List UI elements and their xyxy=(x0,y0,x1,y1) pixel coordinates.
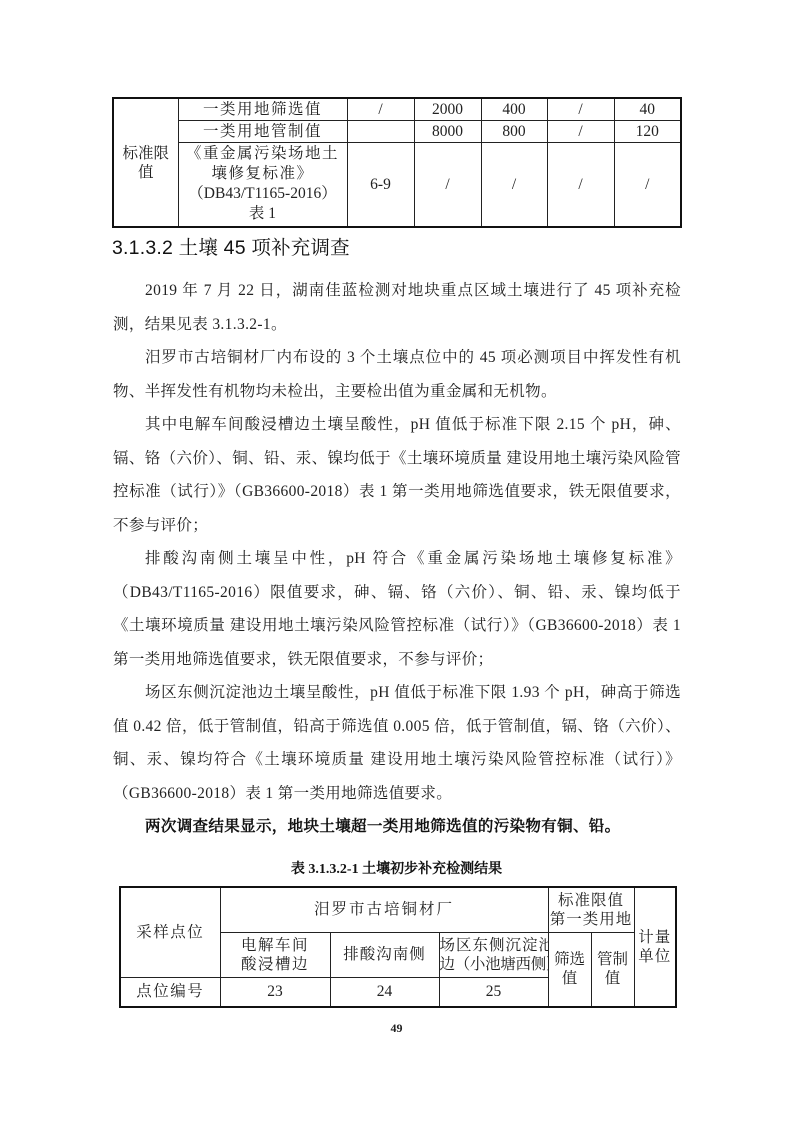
row-label: 一类用地筛选值 xyxy=(178,98,347,120)
conclusion-paragraph: 两次调查结果显示，地块土壤超一类用地筛选值的污染物有铜、铅。 xyxy=(113,810,681,844)
header-line: 单位 xyxy=(635,947,676,966)
row-label-standard: 《重金属污染场地土 壤修复标准》 （DB43/T1165-2016） 表 1 xyxy=(178,142,347,227)
point-name-line: 边（小池塘西侧） xyxy=(440,955,548,974)
label-line: 壤修复标准》 xyxy=(179,164,347,184)
control-value-header: 管制 值 xyxy=(591,932,634,1007)
header-line: 计量 xyxy=(635,928,676,947)
table-caption: 表 3.1.3.2-1 土壤初步补充检测结果 xyxy=(0,858,793,878)
point-name: 排酸沟南侧 xyxy=(330,932,439,977)
point-name-line: 场区东侧沉淀池 xyxy=(440,936,548,955)
section-heading: 3.1.3.2 土壤 45 项补充调查 xyxy=(112,232,350,260)
header-line: 第一类用地 xyxy=(549,910,634,929)
point-id: 24 xyxy=(330,977,439,1007)
cell: 8000 xyxy=(414,120,481,142)
table-row: 《重金属污染场地土 壤修复标准》 （DB43/T1165-2016） 表 1 6… xyxy=(113,142,681,227)
point-id: 25 xyxy=(439,977,548,1007)
standard-limits-table: 标准限值 一类用地筛选值 / 2000 400 / 40 一类用地管制值 800… xyxy=(112,97,682,228)
cell: 40 xyxy=(614,98,681,120)
header-line: 筛选 xyxy=(549,950,591,969)
point-name: 场区东侧沉淀池 边（小池塘西侧） xyxy=(439,932,548,977)
header-line: 管制 xyxy=(592,950,634,969)
paragraph: 场区东侧沉淀池边土壤呈酸性，pH 值低于标准下限 1.93 个 pH，砷高于筛选… xyxy=(113,676,681,810)
page-number: 49 xyxy=(0,1021,793,1036)
point-name-line: 酸浸槽边 xyxy=(221,955,330,974)
label-line: （DB43/T1165-2016） xyxy=(179,184,347,204)
point-name-line: 排酸沟南侧 xyxy=(331,945,439,964)
table-row: 标准限值 一类用地筛选值 / 2000 400 / 40 xyxy=(113,98,681,120)
paragraph: 其中电解车间酸浸槽边土壤呈酸性，pH 值低于标准下限 2.15 个 pH，砷、镉… xyxy=(113,408,681,542)
cell: / xyxy=(547,142,614,227)
standard-limit-header: 标准限值 第一类用地 xyxy=(548,887,634,932)
paragraph: 2019 年 7 月 22 日，湖南佳蓝检测对地块重点区域土壤进行了 45 项补… xyxy=(113,274,681,341)
cell: 2000 xyxy=(414,98,481,120)
label-line: 表 1 xyxy=(179,204,347,224)
cell xyxy=(347,120,414,142)
point-name: 电解车间 酸浸槽边 xyxy=(220,932,330,977)
label-line: 《重金属污染场地土 xyxy=(179,144,347,164)
row-label: 一类用地管制值 xyxy=(178,120,347,142)
cell: / xyxy=(481,142,547,227)
point-id: 23 xyxy=(220,977,330,1007)
row-header-standard-limits: 标准限值 xyxy=(113,98,178,227)
point-id-label: 点位编号 xyxy=(120,977,220,1007)
table-row: 采样点位 汨罗市古培铜材厂 标准限值 第一类用地 计量 单位 xyxy=(120,887,676,932)
cell: 800 xyxy=(481,120,547,142)
sampling-point-header: 采样点位 xyxy=(120,887,220,977)
section-body: 2019 年 7 月 22 日，湖南佳蓝检测对地块重点区域土壤进行了 45 项补… xyxy=(113,274,681,844)
cell: / xyxy=(414,142,481,227)
point-name-line: 电解车间 xyxy=(221,936,330,955)
cell: 120 xyxy=(614,120,681,142)
cell: 400 xyxy=(481,98,547,120)
header-line: 值 xyxy=(549,969,591,988)
paragraph: 排酸沟南侧土壤呈中性，pH 符合《重金属污染场地土壤修复标准》（DB43/T11… xyxy=(113,542,681,676)
row-header-text: 标准限值 xyxy=(122,145,169,181)
screening-value-header: 筛选 值 xyxy=(548,932,591,1007)
cell: / xyxy=(614,142,681,227)
supplementary-results-table: 采样点位 汨罗市古培铜材厂 标准限值 第一类用地 计量 单位 电解车间 酸浸槽边… xyxy=(119,886,677,1008)
unit-header: 计量 单位 xyxy=(634,887,676,1007)
paragraph: 汨罗市古培铜材厂内布设的 3 个土壤点位中的 45 项必测项目中挥发性有机物、半… xyxy=(113,341,681,408)
table-row: 一类用地管制值 8000 800 / 120 xyxy=(113,120,681,142)
cell: 6-9 xyxy=(347,142,414,227)
cell: / xyxy=(547,120,614,142)
header-line: 标准限值 xyxy=(549,891,634,910)
header-line: 值 xyxy=(592,969,634,988)
site-name-header: 汨罗市古培铜材厂 xyxy=(220,887,548,932)
cell: / xyxy=(547,98,614,120)
cell: / xyxy=(347,98,414,120)
